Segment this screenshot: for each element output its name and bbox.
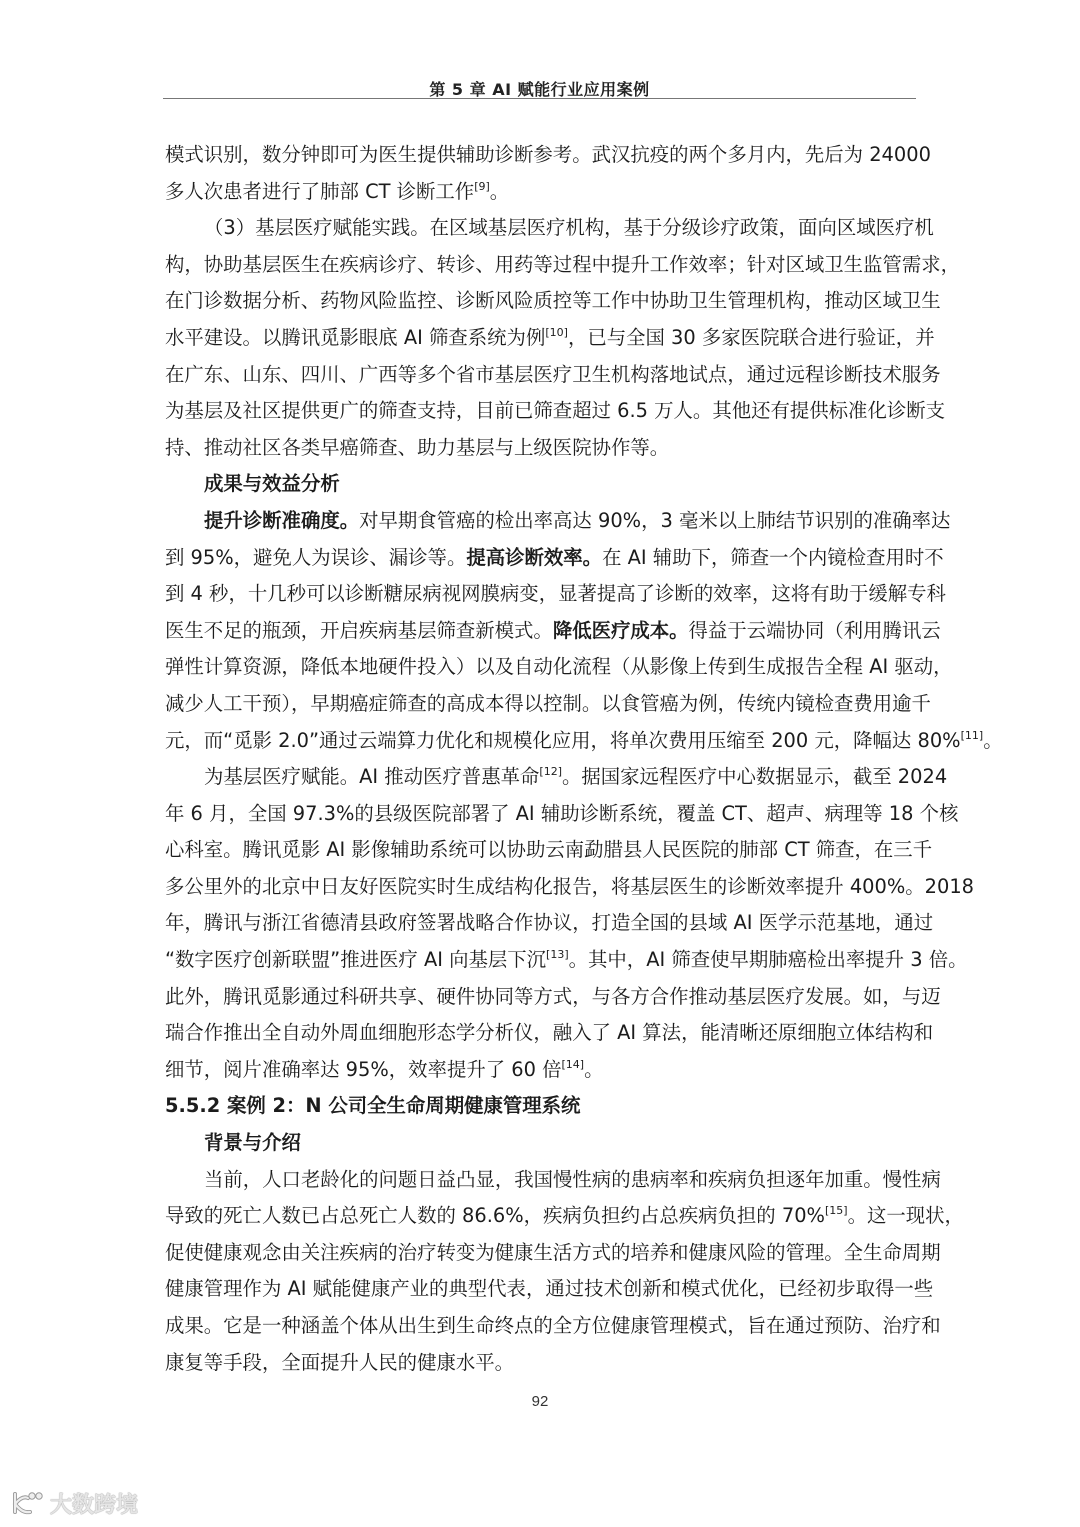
subheading: 成果与效益分析: [165, 466, 917, 503]
text-line: 减少人工干预），早期癌症筛查的高成本得以控制。以食管癌为例，传统内镜检查费用逾千: [165, 686, 917, 723]
text-run: 构，协助基层医生在疾病诊疗、转诊、用药等过程中提升工作效率；针对区域卫生监管需求…: [165, 253, 960, 276]
k-logo-icon: [10, 1490, 44, 1516]
text-line: 医生不足的瓶颈，开启疾病基层筛查新模式。降低医疗成本。得益于云端协同（利用腾讯云: [165, 613, 917, 650]
text-line: （3）基层医疗赋能实践。在区域基层医疗机构，基于分级诊疗政策，面向区域医疗机: [165, 210, 917, 247]
text-run: 模式识别，数分钟即可为医生提供辅助诊断参考。武汉抗疫的两个多月内，先后为 240…: [165, 143, 931, 166]
text-line: 持、推动社区各类早癌筛查、助力基层与上级医院协作等。: [165, 430, 917, 467]
text-line: 当前，人口老龄化的问题日益凸显，我国慢性病的患病率和疾病负担逐年加重。慢性病: [165, 1162, 917, 1199]
citation-ref: [14]: [562, 1058, 585, 1071]
section-heading: 5.5.2 案例 2：N 公司全生命周期健康管理系统: [165, 1088, 917, 1125]
text-run: （3）基层医疗赋能实践。在区域基层医疗机构，基于分级诊疗政策，面向区域医疗机: [204, 216, 934, 239]
text-line: 水平建设。以腾讯觅影眼底 AI 筛查系统为例[10]，已与全国 30 多家医院联…: [165, 320, 917, 357]
text-run: 到 95%，避免人为误诊、漏诊等。: [165, 546, 466, 569]
text-run: 当前，人口老龄化的问题日益凸显，我国慢性病的患病率和疾病负担逐年加重。慢性病: [204, 1168, 941, 1191]
text-run: 水平建设。以腾讯觅影眼底 AI 筛查系统为例: [165, 326, 545, 349]
text-run: “数字医疗创新联盟”推进医疗 AI 向基层下沉: [165, 948, 546, 971]
citation-ref: [9]: [474, 180, 490, 193]
text-line: 瑞合作推出全自动外周血细胞形态学分析仪，融入了 AI 算法，能清晰还原细胞立体结…: [165, 1015, 917, 1052]
text-line: 多人次患者进行了肺部 CT 诊断工作[9]。: [165, 174, 917, 211]
text-run: 。据国家远程医疗中心数据显示，截至 2024: [562, 765, 947, 788]
text-line: 心科室。腾讯觅影 AI 影像辅助系统可以协助云南勐腊县人民医院的肺部 CT 筛查…: [165, 832, 917, 869]
text-line: 在广东、山东、四川、广西等多个省市基层医疗卫生机构落地试点，通过远程诊断技术服务: [165, 357, 917, 394]
text-line: “数字医疗创新联盟”推进医疗 AI 向基层下沉[13]。其中，AI 筛查使早期肺…: [165, 942, 917, 979]
text-line: 到 95%，避免人为误诊、漏诊等。提高诊断效率。在 AI 辅助下，筛查一个内镜检…: [165, 540, 917, 577]
text-line: 导致的死亡人数已占总死亡人数的 86.6%，疾病负担约占总疾病负担的 70%[1…: [165, 1198, 917, 1235]
text-line: 此外，腾讯觅影通过科研共享、硬件协同等方式，与各方合作推动基层医疗发展。如，与迈: [165, 979, 917, 1016]
text-run: 得益于云端协同（利用腾讯云: [689, 619, 941, 642]
text-run: 多人次患者进行了肺部 CT 诊断工作: [165, 180, 474, 203]
text-run: 多公里外的北京中日友好医院实时生成结构化报告，将基层医生的诊断效率提升 400%…: [165, 875, 974, 898]
watermark-text: 大数跨境: [50, 1488, 138, 1519]
subheading: 背景与介绍: [165, 1125, 917, 1162]
text-line: 弹性计算资源，降低本地硬件投入）以及自动化流程（从影像上传到生成报告全程 AI …: [165, 649, 917, 686]
document-body: 模式识别，数分钟即可为医生提供辅助诊断参考。武汉抗疫的两个多月内，先后为 240…: [165, 137, 917, 1381]
text-line: 细节，阅片准确率达 95%，效率提升了 60 倍[14]。: [165, 1052, 917, 1089]
text-run: 康复等手段，全面提升人民的健康水平。: [165, 1351, 514, 1374]
text-run: ，已与全国 30 多家医院联合进行验证，并: [568, 326, 935, 349]
text-run: 医生不足的瓶颈，开启疾病基层筛查新模式。: [165, 619, 553, 642]
text-run: 弹性计算资源，降低本地硬件投入）以及自动化流程（从影像上传到生成报告全程 AI …: [165, 655, 953, 678]
text-run: 在 AI 辅助下，筛查一个内镜检查用时不: [602, 546, 944, 569]
text-line: 到 4 秒，十几秒可以诊断糖尿病视网膜病变，显著提高了诊断的效率，这将有助于缓解…: [165, 576, 917, 613]
text-run: 促使健康观念由关注疾病的治疗转变为健康生活方式的培养和健康风险的管理。全生命周期: [165, 1241, 941, 1264]
text-run: 减少人工干预），早期癌症筛查的高成本得以控制。以食管癌为例，传统内镜检查费用逾千: [165, 692, 931, 715]
text-line: 为基层及社区提供更广的筛查支持，目前已筛查超过 6.5 万人。其他还有提供标准化…: [165, 393, 917, 430]
text-run: 。这一现状，: [848, 1204, 964, 1227]
text-run: 为基层医疗赋能。AI 推动医疗普惠革命: [204, 765, 539, 788]
text-line: 康复等手段，全面提升人民的健康水平。: [165, 1345, 917, 1382]
running-header-title: 第 5 章 AI 赋能行业应用案例: [163, 77, 916, 100]
text-line: 模式识别，数分钟即可为医生提供辅助诊断参考。武汉抗疫的两个多月内，先后为 240…: [165, 137, 917, 174]
citation-ref: [11]: [961, 729, 984, 742]
text-line: 多公里外的北京中日友好医院实时生成结构化报告，将基层医生的诊断效率提升 400%…: [165, 869, 917, 906]
text-run: 为基层及社区提供更广的筛查支持，目前已筛查超过 6.5 万人。其他还有提供标准化…: [165, 399, 945, 422]
text-line: 在门诊数据分析、药物风险监控、诊断风险质控等工作中协助卫生管理机构，推动区域卫生: [165, 283, 917, 320]
text-run: 细节，阅片准确率达 95%，效率提升了 60 倍: [165, 1058, 562, 1081]
text-run: 年 6 月，全国 97.3%的县级医院部署了 AI 辅助诊断系统，覆盖 CT、超…: [165, 802, 958, 825]
text-line: 提升诊断准确度。对早期食管癌的检出率高达 90%，3 毫米以上肺结节识别的准确率…: [165, 503, 917, 540]
text-line: 成果。它是一种涵盖个体从出生到生命终点的全方位健康管理模式，旨在通过预防、治疗和: [165, 1308, 917, 1345]
text-run: 健康管理作为 AI 赋能健康产业的典型代表，通过技术创新和模式优化，已经初步取得…: [165, 1277, 933, 1300]
text-run: 心科室。腾讯觅影 AI 影像辅助系统可以协助云南勐腊县人民医院的肺部 CT 筛查…: [165, 838, 932, 861]
text-run: 。其中，AI 筛查使早期肺癌检出率提升 3 倍。: [569, 948, 968, 971]
page-number: 92: [0, 1393, 1080, 1410]
header-divider: [163, 98, 916, 99]
text-run: 5.5.2 案例 2：N 公司全生命周期健康管理系统: [165, 1094, 580, 1117]
text-run: 。: [983, 729, 1002, 752]
text-run: 背景与介绍: [204, 1131, 301, 1154]
text-run: 到 4 秒，十几秒可以诊断糖尿病视网膜病变，显著提高了诊断的效率，这将有助于缓解…: [165, 582, 946, 605]
text-run: 此外，腾讯觅影通过科研共享、硬件协同等方式，与各方合作推动基层医疗发展。如，与迈: [165, 985, 941, 1008]
text-run: 年，腾讯与浙江省德清县政府签署战略合作协议，打造全国的县域 AI 医学示范基地，…: [165, 911, 933, 934]
text-run: 元，而“觅影 2.0”通过云端算力优化和规模化应用，将单次费用压缩至 200 元…: [165, 729, 961, 752]
text-run: 。: [584, 1058, 603, 1081]
citation-ref: [13]: [546, 948, 569, 961]
text-run: 对早期食管癌的检出率高达 90%，3 毫米以上肺结节识别的准确率达: [359, 509, 950, 532]
text-line: 为基层医疗赋能。AI 推动医疗普惠革命[12]。据国家远程医疗中心数据显示，截至…: [165, 759, 917, 796]
text-line: 元，而“觅影 2.0”通过云端算力优化和规模化应用，将单次费用压缩至 200 元…: [165, 723, 917, 760]
text-run: 成果与效益分析: [204, 472, 340, 495]
text-line: 年 6 月，全国 97.3%的县级医院部署了 AI 辅助诊断系统，覆盖 CT、超…: [165, 796, 917, 833]
text-run: 持、推动社区各类早癌筛查、助力基层与上级医院协作等。: [165, 436, 669, 459]
bold-lead: 提高诊断效率。: [466, 546, 602, 569]
text-line: 年，腾讯与浙江省德清县政府签署战略合作协议，打造全国的县域 AI 医学示范基地，…: [165, 905, 917, 942]
text-run: 在广东、山东、四川、广西等多个省市基层医疗卫生机构落地试点，通过远程诊断技术服务: [165, 363, 941, 386]
text-run: 导致的死亡人数已占总死亡人数的 86.6%，疾病负担约占总疾病负担的 70%: [165, 1204, 825, 1227]
text-line: 促使健康观念由关注疾病的治疗转变为健康生活方式的培养和健康风险的管理。全生命周期: [165, 1235, 917, 1272]
text-line: 构，协助基层医生在疾病诊疗、转诊、用药等过程中提升工作效率；针对区域卫生监管需求…: [165, 247, 917, 284]
text-line: 健康管理作为 AI 赋能健康产业的典型代表，通过技术创新和模式优化，已经初步取得…: [165, 1271, 917, 1308]
citation-ref: [12]: [539, 765, 562, 778]
text-run: 成果。它是一种涵盖个体从出生到生命终点的全方位健康管理模式，旨在通过预防、治疗和: [165, 1314, 941, 1337]
watermark: 大数跨境: [10, 1488, 138, 1518]
text-run: 。: [490, 180, 509, 203]
text-run: 瑞合作推出全自动外周血细胞形态学分析仪，融入了 AI 算法，能清晰还原细胞立体结…: [165, 1021, 933, 1044]
citation-ref: [10]: [545, 326, 568, 339]
citation-ref: [15]: [825, 1204, 848, 1217]
text-run: 在门诊数据分析、药物风险监控、诊断风险质控等工作中协助卫生管理机构，推动区域卫生: [165, 289, 941, 312]
bold-lead: 降低医疗成本。: [553, 619, 689, 642]
bold-lead: 提升诊断准确度。: [204, 509, 359, 532]
